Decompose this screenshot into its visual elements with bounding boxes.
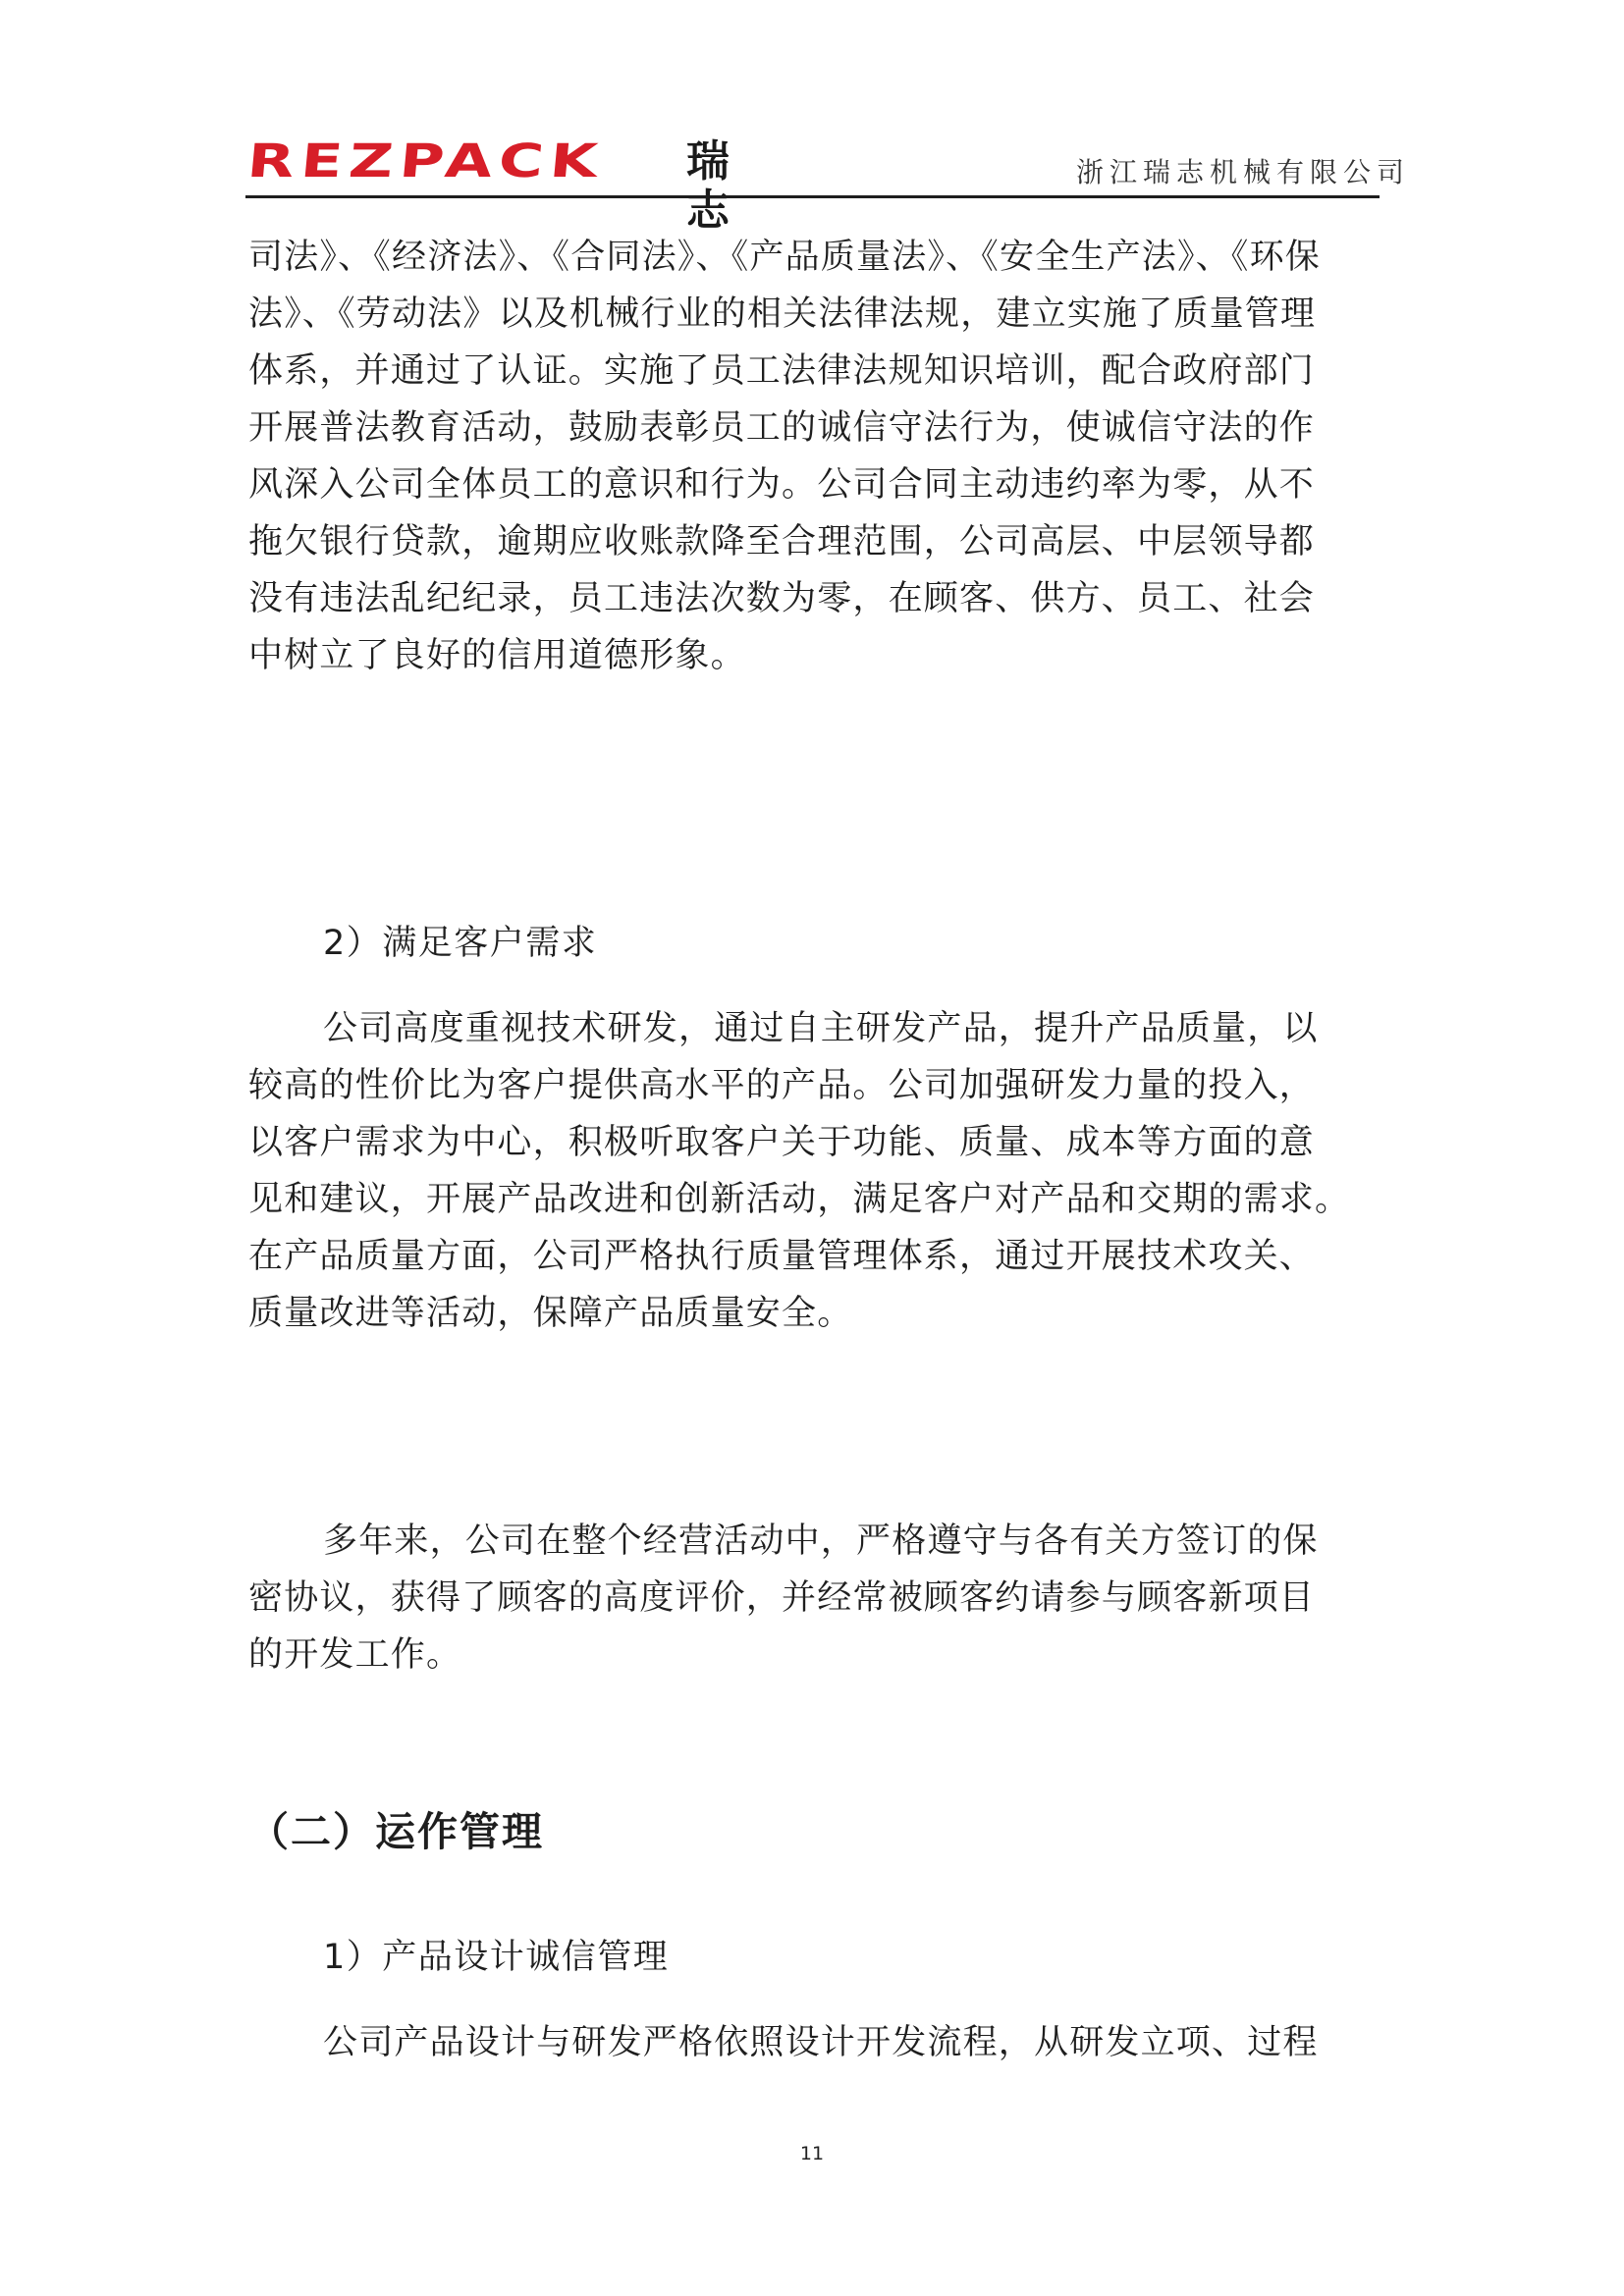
text-line: 以客户需求为中心，积极听取客户关于功能、质量、成本等方面的意 [248,1114,1387,1171]
logo-wordmark: REZPACK [245,137,606,187]
header-divider [245,195,1380,198]
text-line: 中树立了良好的信用道德形象。 [248,627,1387,684]
logo-chinese-mark: 瑞志 [686,137,731,236]
text-line: 司法》、《经济法》、《合同法》、《产品质量法》、《安全生产法》、《环保 [248,229,1387,286]
text-line: 公司产品设计与研发严格依照设计开发流程，从研发立项、过程 [248,2014,1387,2071]
text-line: 开展普法教育活动，鼓励表彰员工的诚信守法行为，使诚信守法的作 [248,400,1387,456]
subheading-design-integrity: 1）产品设计诚信管理 [323,1929,669,1986]
document-page: REZPACK 瑞志 浙江瑞志机械有限公司 司法》、《经济法》、《合同法》、《产… [0,0,1624,2296]
text-line: 拖欠银行贷款，逾期应收账款降至合理范围，公司高层、中层领导都 [248,513,1387,570]
text-line: 公司高度重视技术研发，通过自主研发产品，提升产品质量，以 [248,1000,1387,1057]
paragraph-confidentiality: 多年来，公司在整个经营活动中，严格遵守与各有关方签订的保 密协议，获得了顾客的高… [248,1513,1387,1683]
text-line: 风深入公司全体员工的意识和行为。公司合同主动违约率为零，从不 [248,456,1387,513]
text-line: 见和建议，开展产品改进和创新活动，满足客户对产品和交期的需求。 [248,1171,1387,1228]
text-line: 质量改进等活动，保障产品质量安全。 [248,1285,1387,1342]
text-line: 体系，并通过了认证。实施了员工法律法规知识培训，配合政府部门 [248,343,1387,400]
text-line: 较高的性价比为客户提供高水平的产品。公司加强研发力量的投入， [248,1057,1387,1114]
subheading-customer-needs: 2）满足客户需求 [323,915,597,972]
page-number: 11 [0,2143,1624,2164]
text-line: 的开发工作。 [248,1627,1387,1683]
paragraph-design-process: 公司产品设计与研发严格依照设计开发流程，从研发立项、过程 [248,2014,1387,2071]
text-line: 在产品质量方面，公司严格执行质量管理体系，通过开展技术攻关、 [248,1228,1387,1285]
header-company-name: 浙江瑞志机械有限公司 [1076,155,1410,190]
text-line: 法》、《劳动法》以及机械行业的相关法律法规，建立实施了质量管理 [248,286,1387,343]
company-logo: REZPACK 瑞志 [247,137,517,187]
text-line: 密协议，获得了顾客的高度评价，并经常被顾客约请参与顾客新项目 [248,1570,1387,1627]
section-heading-operations: （二）运作管理 [248,1804,544,1859]
text-line: 没有违法乱纪纪录，员工违法次数为零，在顾客、供方、员工、社会 [248,570,1387,627]
text-line: 多年来，公司在整个经营活动中，严格遵守与各有关方签订的保 [248,1513,1387,1570]
paragraph-customer-needs: 公司高度重视技术研发，通过自主研发产品，提升产品质量，以 较高的性价比为客户提供… [248,1000,1387,1342]
paragraph-legal-compliance: 司法》、《经济法》、《合同法》、《产品质量法》、《安全生产法》、《环保 法》、《… [248,229,1387,684]
